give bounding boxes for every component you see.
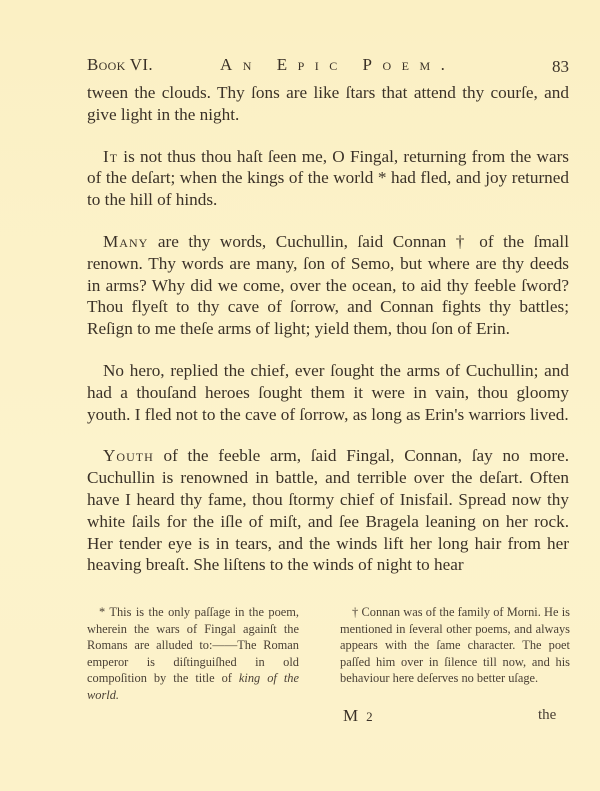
body-text: tween the clouds. Thy ſons are like ſtar… [87, 82, 569, 576]
paragraph: tween the clouds. Thy ſons are like ſtar… [87, 82, 569, 126]
poem-title: An Epic Poem. [220, 55, 455, 75]
paragraph-lead: Many [103, 232, 148, 251]
paragraph-text: are thy words, Cuchullin, ſaid Connan † … [87, 232, 569, 338]
paragraph-text: No hero, replied the chief, ever ſought … [87, 361, 569, 424]
signature-mark: M2 [343, 706, 373, 726]
signature-letter: M [343, 706, 358, 725]
footnote-dagger: † Connan was of the family of Morni. He … [340, 604, 570, 687]
paragraph: Many are thy words, Cuchullin, ſaid Conn… [87, 231, 569, 340]
paragraph-lead: Youth [103, 446, 154, 465]
paragraph: No hero, replied the chief, ever ſought … [87, 360, 569, 425]
catchword: the [538, 707, 556, 724]
book-label: Book VI. [87, 55, 153, 75]
paragraph: It is not thus thou haſt ſeen me, O Fing… [87, 146, 569, 211]
paragraph-lead: It [103, 147, 118, 166]
signature-number: 2 [366, 709, 373, 724]
paragraph-text: of the feeble arm, ſaid Fingal, Connan, … [87, 446, 569, 574]
book-page: Book VI. An Epic Poem. 83 tween the clou… [0, 0, 600, 791]
running-head: Book VI. An Epic Poem. 83 [87, 55, 569, 79]
footnote-text: † Connan was of the family of Morni. He … [340, 605, 570, 685]
paragraph: Youth of the feeble arm, ſaid Fingal, Co… [87, 445, 569, 576]
page-number: 83 [552, 57, 569, 77]
paragraph-text: tween the clouds. Thy ſons are like ſtar… [87, 83, 569, 124]
paragraph-text: is not thus thou haſt ſeen me, O Fingal,… [87, 147, 569, 210]
footnote-asterisk: * This is the only paſſage in the poem, … [87, 604, 299, 703]
